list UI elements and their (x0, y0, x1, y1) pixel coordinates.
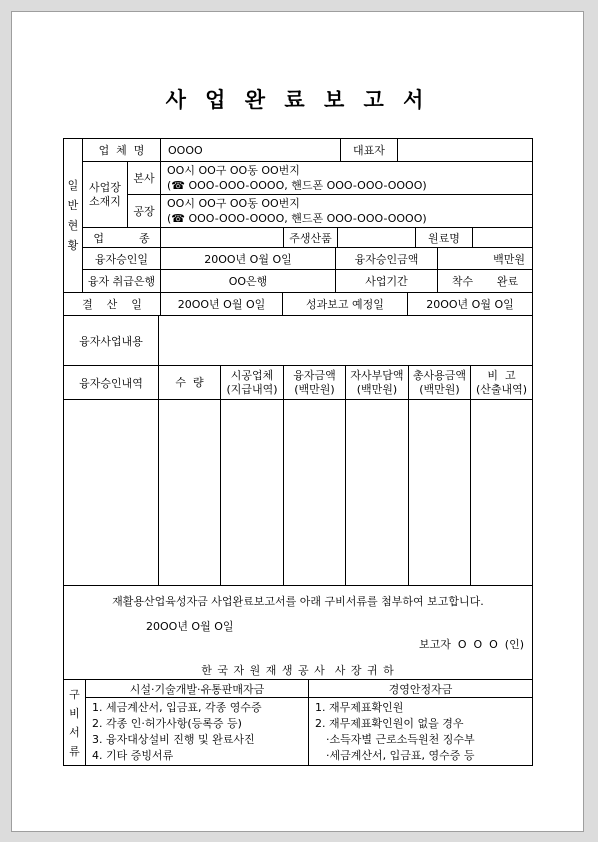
settlement-date-value: 20OO년 O월 O일 (161, 293, 283, 315)
settlement-date-label: 결 산 일 (64, 293, 161, 315)
loan-approval-date-label: 융자승인일 (83, 248, 161, 269)
detail-empty-cell (64, 400, 159, 585)
self-burden-column-header: 자사부담액 (백만원) (346, 366, 409, 399)
loan-approval-amount-label: 융자승인금액 (336, 248, 438, 269)
detail-empty-cell (221, 400, 284, 585)
loan-bank-row: 융자 취급은행 OO은행 사업기간 착수 완료 (83, 270, 532, 292)
loan-business-content-label: 융자사업내용 (64, 316, 159, 365)
factory-address-line2: (☎ OOO-OOO-OOOO, 핸드폰 OOO-OOO-OOOO) (167, 211, 427, 226)
remark-column-header: 비 고 (산출내역) (471, 366, 532, 399)
statement-block: 재활용산업육성자금 사업완료보고서를 아래 구비서류를 첨부하여 보고합니다. … (64, 586, 532, 680)
factory-address-line1: OO시 OO구 OO동 OO번지 (167, 196, 300, 211)
raw-material-value (473, 228, 532, 247)
total-used-column-header: 총사용금액 (백만원) (409, 366, 471, 399)
facility-fund-item: 2. 각종 인·허가사항(등록증 등) (92, 716, 304, 732)
hq-address-line2: (☎ OOO-OOO-OOOO, 핸드폰 OOO-OOO-OOOO) (167, 178, 427, 193)
approval-details-label: 융자승인내역 (64, 366, 159, 399)
raw-material-label: 원료명 (416, 228, 473, 247)
period-start-label: 착수 (452, 273, 473, 289)
statement-date: 20OO년 O월 O일 (64, 618, 532, 634)
stability-fund-item: ·세금계산서, 입금표, 영수증 등 (315, 748, 528, 764)
quantity-column-header: 수 량 (159, 366, 221, 399)
hq-row: 본사 OO시 OO구 OO동 OO번지 (☎ OOO-OOO-OOOO, 핸드폰… (128, 162, 532, 195)
hq-address: OO시 OO구 OO동 OO번지 (☎ OOO-OOO-OOOO, 핸드폰 OO… (161, 162, 532, 194)
ceo-value (398, 139, 532, 161)
performance-report-label: 성과보고 예정일 (283, 293, 408, 315)
loan-business-content-value (159, 316, 532, 365)
loan-bank-label: 융자 취급은행 (83, 270, 161, 292)
factory-row: 공장 OO시 OO구 OO동 OO번지 (☎ OOO-OOO-OOOO, 핸드폰… (128, 195, 532, 228)
location-label: 사업장 소재지 (83, 162, 128, 227)
detail-empty-cell (471, 400, 532, 585)
facility-fund-item: 4. 기타 증빙서류 (92, 748, 304, 764)
stability-fund-header: 경영안정자금 (309, 680, 532, 698)
factory-address: OO시 OO구 OO동 OO번지 (☎ OOO-OOO-OOOO, 핸드폰 OO… (161, 195, 532, 228)
business-location-rows: 사업장 소재지 본사 OO시 OO구 OO동 OO번지 (☎ OOO-OOO-O… (83, 162, 532, 228)
report-form-table: 일반현황 업 체 명 OOOO 대표자 사업장 소재지 본사 (63, 138, 533, 766)
industry-row: 업 종 주생산품 원료명 (83, 228, 532, 248)
document-page: 사 업 완 료 보 고 서 일반현황 업 체 명 OOOO 대표자 사업장 소재… (11, 11, 584, 832)
facility-fund-header: 시설·기술개발·유통판매자금 (86, 680, 308, 698)
facility-fund-item: 1. 세금계산서, 입금표, 각종 영수증 (92, 700, 304, 716)
business-period-value: 착수 완료 (438, 270, 532, 292)
settlement-row: 결 산 일 20OO년 O월 O일 성과보고 예정일 20OO년 O월 O일 (64, 293, 532, 316)
detail-empty-cell (409, 400, 471, 585)
document-title: 사 업 완 료 보 고 서 (12, 84, 583, 114)
loan-approval-date-value: 20OO년 O월 O일 (161, 248, 336, 269)
industry-value (161, 228, 284, 247)
loan-bank-value: OO은행 (161, 270, 336, 292)
statement-recipient: 한 국 자 원 재 생 공 사 사 장 귀 하 (64, 662, 532, 678)
hq-label: 본사 (128, 162, 161, 194)
main-product-value (338, 228, 416, 247)
stability-fund-item: 1. 재무제표확인원 (315, 700, 528, 716)
general-status-vertical-label: 일반현황 (64, 139, 83, 292)
performance-report-value: 20OO년 O월 O일 (408, 293, 532, 315)
stability-fund-column: 경영안정자금 1. 재무제표확인원 2. 재무제표확인원이 없을 경우 ·소득자… (309, 680, 532, 765)
loan-approval-amount-value: 백만원 (438, 248, 532, 269)
loan-amount-column-header: 융자금액 (백만원) (284, 366, 346, 399)
statement-line: 재활용산업육성자금 사업완료보고서를 아래 구비서류를 첨부하여 보고합니다. (64, 593, 532, 609)
statement-reporter: 보고자 O O O (인) (64, 636, 532, 652)
ceo-label: 대표자 (341, 139, 398, 161)
factory-label: 공장 (128, 195, 161, 228)
section-required-documents: 구비서류 시설·기술개발·유통판매자금 1. 세금계산서, 입금표, 각종 영수… (64, 680, 532, 765)
required-documents-vertical-label: 구비서류 (64, 680, 86, 765)
approval-details-header-row: 융자승인내역 수 량 시공업체 (지급내역) 융자금액 (백만원) 자사부담액 … (64, 366, 532, 400)
period-end-label: 완료 (497, 273, 518, 289)
detail-empty-cell (284, 400, 346, 585)
detail-empty-cell (346, 400, 409, 585)
company-name-value: OOOO (161, 139, 341, 161)
business-period-label: 사업기간 (336, 270, 438, 292)
main-product-label: 주생산품 (284, 228, 338, 247)
loan-approval-date-row: 융자승인일 20OO년 O월 O일 융자승인금액 백만원 (83, 248, 532, 270)
section-general-status: 일반현황 업 체 명 OOOO 대표자 사업장 소재지 본사 (64, 139, 532, 293)
loan-business-content-row: 융자사업내용 (64, 316, 532, 366)
industry-label: 업 종 (83, 228, 161, 247)
approval-details-body-row (64, 400, 532, 586)
facility-fund-item: 3. 융자대상설비 진행 및 완료사진 (92, 732, 304, 748)
company-name-label: 업 체 명 (83, 139, 161, 161)
company-name-row: 업 체 명 OOOO 대표자 (83, 139, 532, 162)
stability-fund-item: 2. 재무제표확인원이 없을 경우 (315, 716, 528, 732)
detail-empty-cell (159, 400, 221, 585)
stability-fund-item: ·소득자별 근로소득원천 징수부 (315, 732, 528, 748)
hq-address-line1: OO시 OO구 OO동 OO번지 (167, 163, 300, 178)
constructor-column-header: 시공업체 (지급내역) (221, 366, 284, 399)
facility-fund-column: 시설·기술개발·유통판매자금 1. 세금계산서, 입금표, 각종 영수증 2. … (86, 680, 309, 765)
